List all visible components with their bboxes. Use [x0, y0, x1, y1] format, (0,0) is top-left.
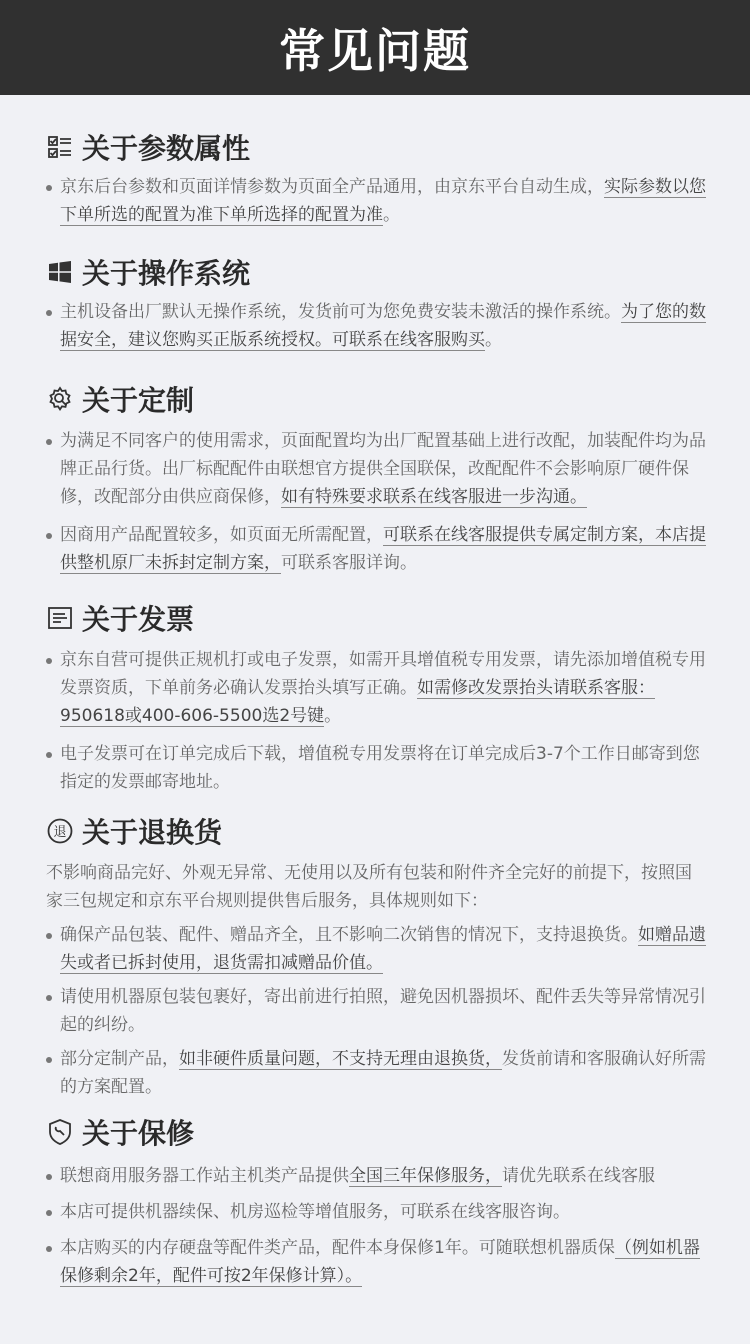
page-title: 常见问题 — [279, 15, 471, 81]
list-item: 京东后台参数和页面详情参数为页面全产品通用，由京东平台自动生成，实际参数以您下单… — [46, 173, 706, 229]
section-title: 关于操作系统 — [46, 252, 706, 292]
list-item: 本店可提供机器续保、机房巡检等增值服务，可联系在线客服咨询。 — [46, 1198, 706, 1226]
list-item: 确保产品包装、配件、赠品齐全，且不影响二次销售的情况下，支持退换货。如赠品遗失或… — [46, 921, 706, 977]
svg-text:退: 退 — [53, 825, 66, 840]
section-returns: 退 关于退换货 不影响商品完好、外观无异常、无使用以及所有包装和附件齐全完好的前… — [46, 811, 706, 1101]
shield-wrench-icon — [46, 1118, 74, 1146]
section-title: 关于保修 — [46, 1112, 706, 1152]
invoice-icon — [46, 604, 74, 632]
section-title: 关于发票 — [46, 598, 706, 638]
list-item: 为满足不同客户的使用需求，页面配置均为出厂配置基础上进行改配，加装配件均为品牌正… — [46, 427, 706, 511]
section-title: 关于定制 — [46, 379, 706, 419]
list-item: 因商用产品配置较多，如页面无所需配置，可联系在线客服提供专属定制方案，本店提供整… — [46, 521, 706, 577]
section-custom: 关于定制 为满足不同客户的使用需求，页面配置均为出厂配置基础上进行改配，加装配件… — [46, 379, 706, 577]
page-header: 常见问题 — [0, 0, 750, 95]
list-item: 京东自营可提供正规机打或电子发票，如需开具增值税专用发票，请先添加增值税专用发票… — [46, 646, 706, 730]
section-params: 关于参数属性 京东后台参数和页面详情参数为页面全产品通用，由京东平台自动生成，实… — [46, 127, 706, 229]
section-warranty: 关于保修 联想商用服务器工作站主机类产品提供全国三年保修服务，请优先联系在线客服… — [46, 1112, 706, 1290]
section-os: 关于操作系统 主机设备出厂默认无操作系统，发货前可为您免费安装未激活的操作系统。… — [46, 252, 706, 354]
section-invoice: 关于发票 京东自营可提供正规机打或电子发票，如需开具增值税专用发票，请先添加增值… — [46, 598, 706, 796]
list-item: 电子发票可在订单完成后下载，增值税专用发票将在订单完成后3-7个工作日邮寄到您指… — [46, 740, 706, 796]
list-item: 联想商用服务器工作站主机类产品提供全国三年保修服务，请优先联系在线客服 — [46, 1162, 706, 1190]
list-item: 部分定制产品，如非硬件质量问题，不支持无理由退换货，发货前请和客服确认好所需的方… — [46, 1045, 706, 1101]
checklist-icon — [46, 133, 74, 161]
section-title: 关于参数属性 — [46, 127, 706, 167]
list-item: 主机设备出厂默认无操作系统，发货前可为您免费安装未激活的操作系统。为了您的数据安… — [46, 298, 706, 354]
return-circle-icon: 退 — [46, 817, 74, 845]
list-item: 请使用机器原包装包裹好，寄出前进行拍照，避免因机器损坏、配件丢失等异常情况引起的… — [46, 983, 706, 1039]
windows-icon — [46, 258, 74, 286]
list-item: 本店购买的内存硬盘等配件类产品，配件本身保修1年。可随联想机器质保（例如机器保修… — [46, 1234, 706, 1290]
intro-text: 不影响商品完好、外观无异常、无使用以及所有包装和附件齐全完好的前提下，按照国家三… — [46, 859, 706, 915]
section-title: 退 关于退换货 — [46, 811, 706, 851]
gear-search-icon — [46, 385, 74, 413]
